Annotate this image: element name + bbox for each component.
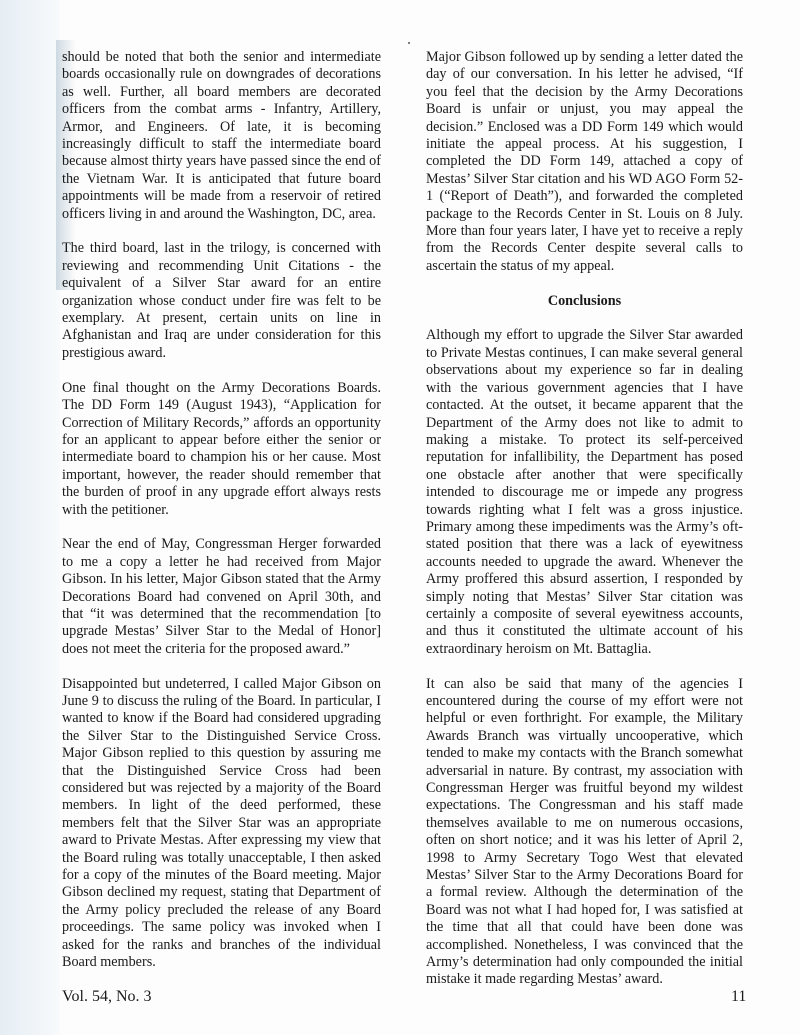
paragraph: Near the end of May, Congressman Herger … [62,536,381,658]
paragraph: Disappointed but undeterred, I called Ma… [62,676,381,972]
paragraph: One final thought on the Army Decoration… [62,380,381,519]
paragraph: Major Gibson followed up by sending a le… [426,49,743,275]
left-column: should be noted that both the senior and… [62,49,381,989]
right-column: Major Gibson followed up by sending a le… [426,49,743,1006]
section-heading-conclusions: Conclusions [426,293,743,310]
page-edge-shadow [0,0,60,1035]
volume-issue: Vol. 54, No. 3 [62,988,152,1006]
paragraph: It can also be said that many of the age… [426,676,743,989]
page-number: 11 [731,988,746,1006]
paragraph: Although my effort to upgrade the Silver… [426,327,743,658]
paragraph: should be noted that both the senior and… [62,49,381,223]
paragraph: The third board, last in the trilogy, is… [62,240,381,362]
scan-speck [408,42,410,44]
